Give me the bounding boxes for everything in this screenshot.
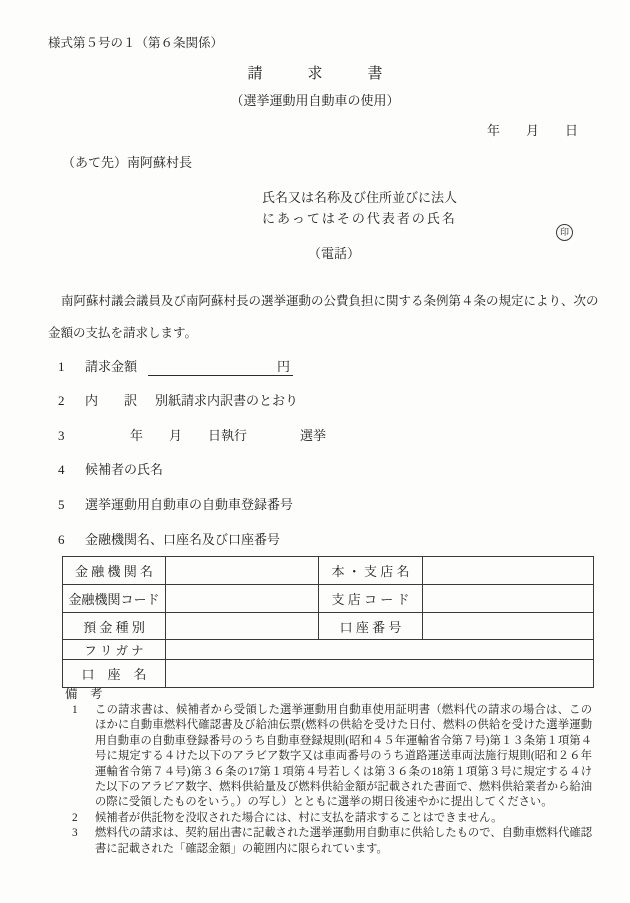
page-title: 請 求 書 xyxy=(0,62,630,83)
item-label: 請求金額 xyxy=(85,356,148,375)
note-number: 3 xyxy=(72,826,95,857)
notes-heading: 備 考 xyxy=(65,687,592,702)
branch-name-label: 本 ・ 支 店 名 xyxy=(319,557,423,585)
note-text: 候補者が供託物を没収された場合には、村に支払を請求することはできません。 xyxy=(95,811,592,826)
note-text: この請求書は、候補者から受領した選挙運動用自動車使用証明書（燃料代の請求の場合は… xyxy=(95,703,592,811)
applicant-name-label-line1: 氏名又は名称及び住所並びに法人 xyxy=(262,187,457,208)
body-paragraph-line1: 南阿蘇村議会議員及び南阿蘇村長の選挙運動の公費負担に関する条例第４条の規定により… xyxy=(48,291,608,309)
seal-icon: 印 xyxy=(556,224,573,241)
item-vehicle-registration: 5選挙運動用自動車の自動車登録番号 xyxy=(58,494,293,513)
note-item: 3 燃料代の請求は、契約届出書に記載された選挙運動用自動車に供給したもので、自動… xyxy=(72,826,592,857)
furigana-field xyxy=(166,640,594,660)
item-value: 選挙 xyxy=(300,428,326,443)
bank-name-label: 金 融 機 関 名 xyxy=(63,557,166,585)
note-item: 1 この請求書は、候補者から受領した選挙運動用自動車使用証明書（燃料代の請求の場… xyxy=(72,703,592,811)
account-number-field xyxy=(423,613,594,640)
item-number: 2 xyxy=(58,393,85,409)
item-label: 選挙運動用自動車の自動車登録番号 xyxy=(85,497,293,512)
yen-unit-label: 円 xyxy=(277,359,290,374)
body-paragraph-line2: 金額の支払を請求します。 xyxy=(48,323,608,341)
item-number: 3 xyxy=(58,428,85,444)
item-election-date: 3年 月 日執行選挙 xyxy=(58,425,326,444)
invoice-form-page: 様式第５号の１（第６条関係） 請 求 書 （選挙運動用自動車の使用） 年 月 日… xyxy=(0,0,630,903)
bank-name-field xyxy=(166,557,319,585)
account-name-field xyxy=(166,660,594,688)
item-breakdown: 2内 訳別紙請求内訳書のとおり xyxy=(58,390,298,409)
applicant-name-label: 氏名又は名称及び住所並びに法人 にあってはその代表者の氏名 xyxy=(262,187,457,229)
addressee-label: （あて先）南阿蘇村長 xyxy=(62,152,192,171)
note-item: 2 候補者が供託物を没収された場合には、村に支払を請求することはできません。 xyxy=(72,811,592,826)
date-line: 年 月 日 xyxy=(0,120,630,139)
item-number: 1 xyxy=(58,359,85,375)
branch-code-field xyxy=(423,585,594,613)
note-number: 2 xyxy=(72,811,95,826)
note-text: 燃料代の請求は、契約届出書に記載された選挙運動用自動車に供給したもので、自動車燃… xyxy=(95,826,592,857)
table-row: 金融機関コード 支 店 コ ー ド xyxy=(63,585,594,613)
item-label: 年 月 日執行 xyxy=(130,428,247,443)
item-candidate-name: 4候補者の氏名 xyxy=(58,459,163,478)
table-row: 金 融 機 関 名 本 ・ 支 店 名 xyxy=(63,557,594,585)
item-claim-amount: 1請求金額円 xyxy=(58,356,293,376)
bank-code-field xyxy=(166,585,319,613)
furigana-label: フ リ ガ ナ xyxy=(63,640,166,660)
form-number: 様式第５号の１（第６条関係） xyxy=(48,33,223,51)
table-row: 預 金 種 別 口 座 番 号 xyxy=(63,613,594,640)
item-number: 6 xyxy=(58,532,85,548)
branch-name-field xyxy=(423,557,594,585)
applicant-name-label-line2: にあってはその代表者の氏名 xyxy=(262,208,457,229)
notes-section: 備 考 1 この請求書は、候補者から受領した選挙運動用自動車使用証明書（燃料代の… xyxy=(62,687,592,857)
table-row: 口 座 名 xyxy=(63,660,594,688)
bank-code-label: 金融機関コード xyxy=(63,585,166,613)
item-label: 候補者の氏名 xyxy=(85,462,163,477)
branch-code-label: 支 店 コ ー ド xyxy=(319,585,423,613)
phone-label: （電話） xyxy=(308,243,360,262)
amount-blank-field: 円 xyxy=(148,356,293,376)
deposit-type-label: 預 金 種 別 xyxy=(63,613,166,640)
account-name-label: 口 座 名 xyxy=(63,660,166,688)
page-subtitle: （選挙運動用自動車の使用） xyxy=(0,90,630,109)
note-number: 1 xyxy=(72,703,95,811)
item-bank-account: 6金融機関名、口座名及び口座番号 xyxy=(58,529,280,548)
item-label: 内 訳 xyxy=(85,390,155,409)
item-number: 5 xyxy=(58,497,85,513)
item-label: 金融機関名、口座名及び口座番号 xyxy=(85,532,280,547)
deposit-type-field xyxy=(166,613,319,640)
item-value: 別紙請求内訳書のとおり xyxy=(155,393,298,408)
table-row: フ リ ガ ナ xyxy=(63,640,594,660)
bank-account-table: 金 融 機 関 名 本 ・ 支 店 名 金融機関コード 支 店 コ ー ド 預 … xyxy=(62,556,594,688)
account-number-label: 口 座 番 号 xyxy=(319,613,423,640)
item-number: 4 xyxy=(58,462,85,478)
